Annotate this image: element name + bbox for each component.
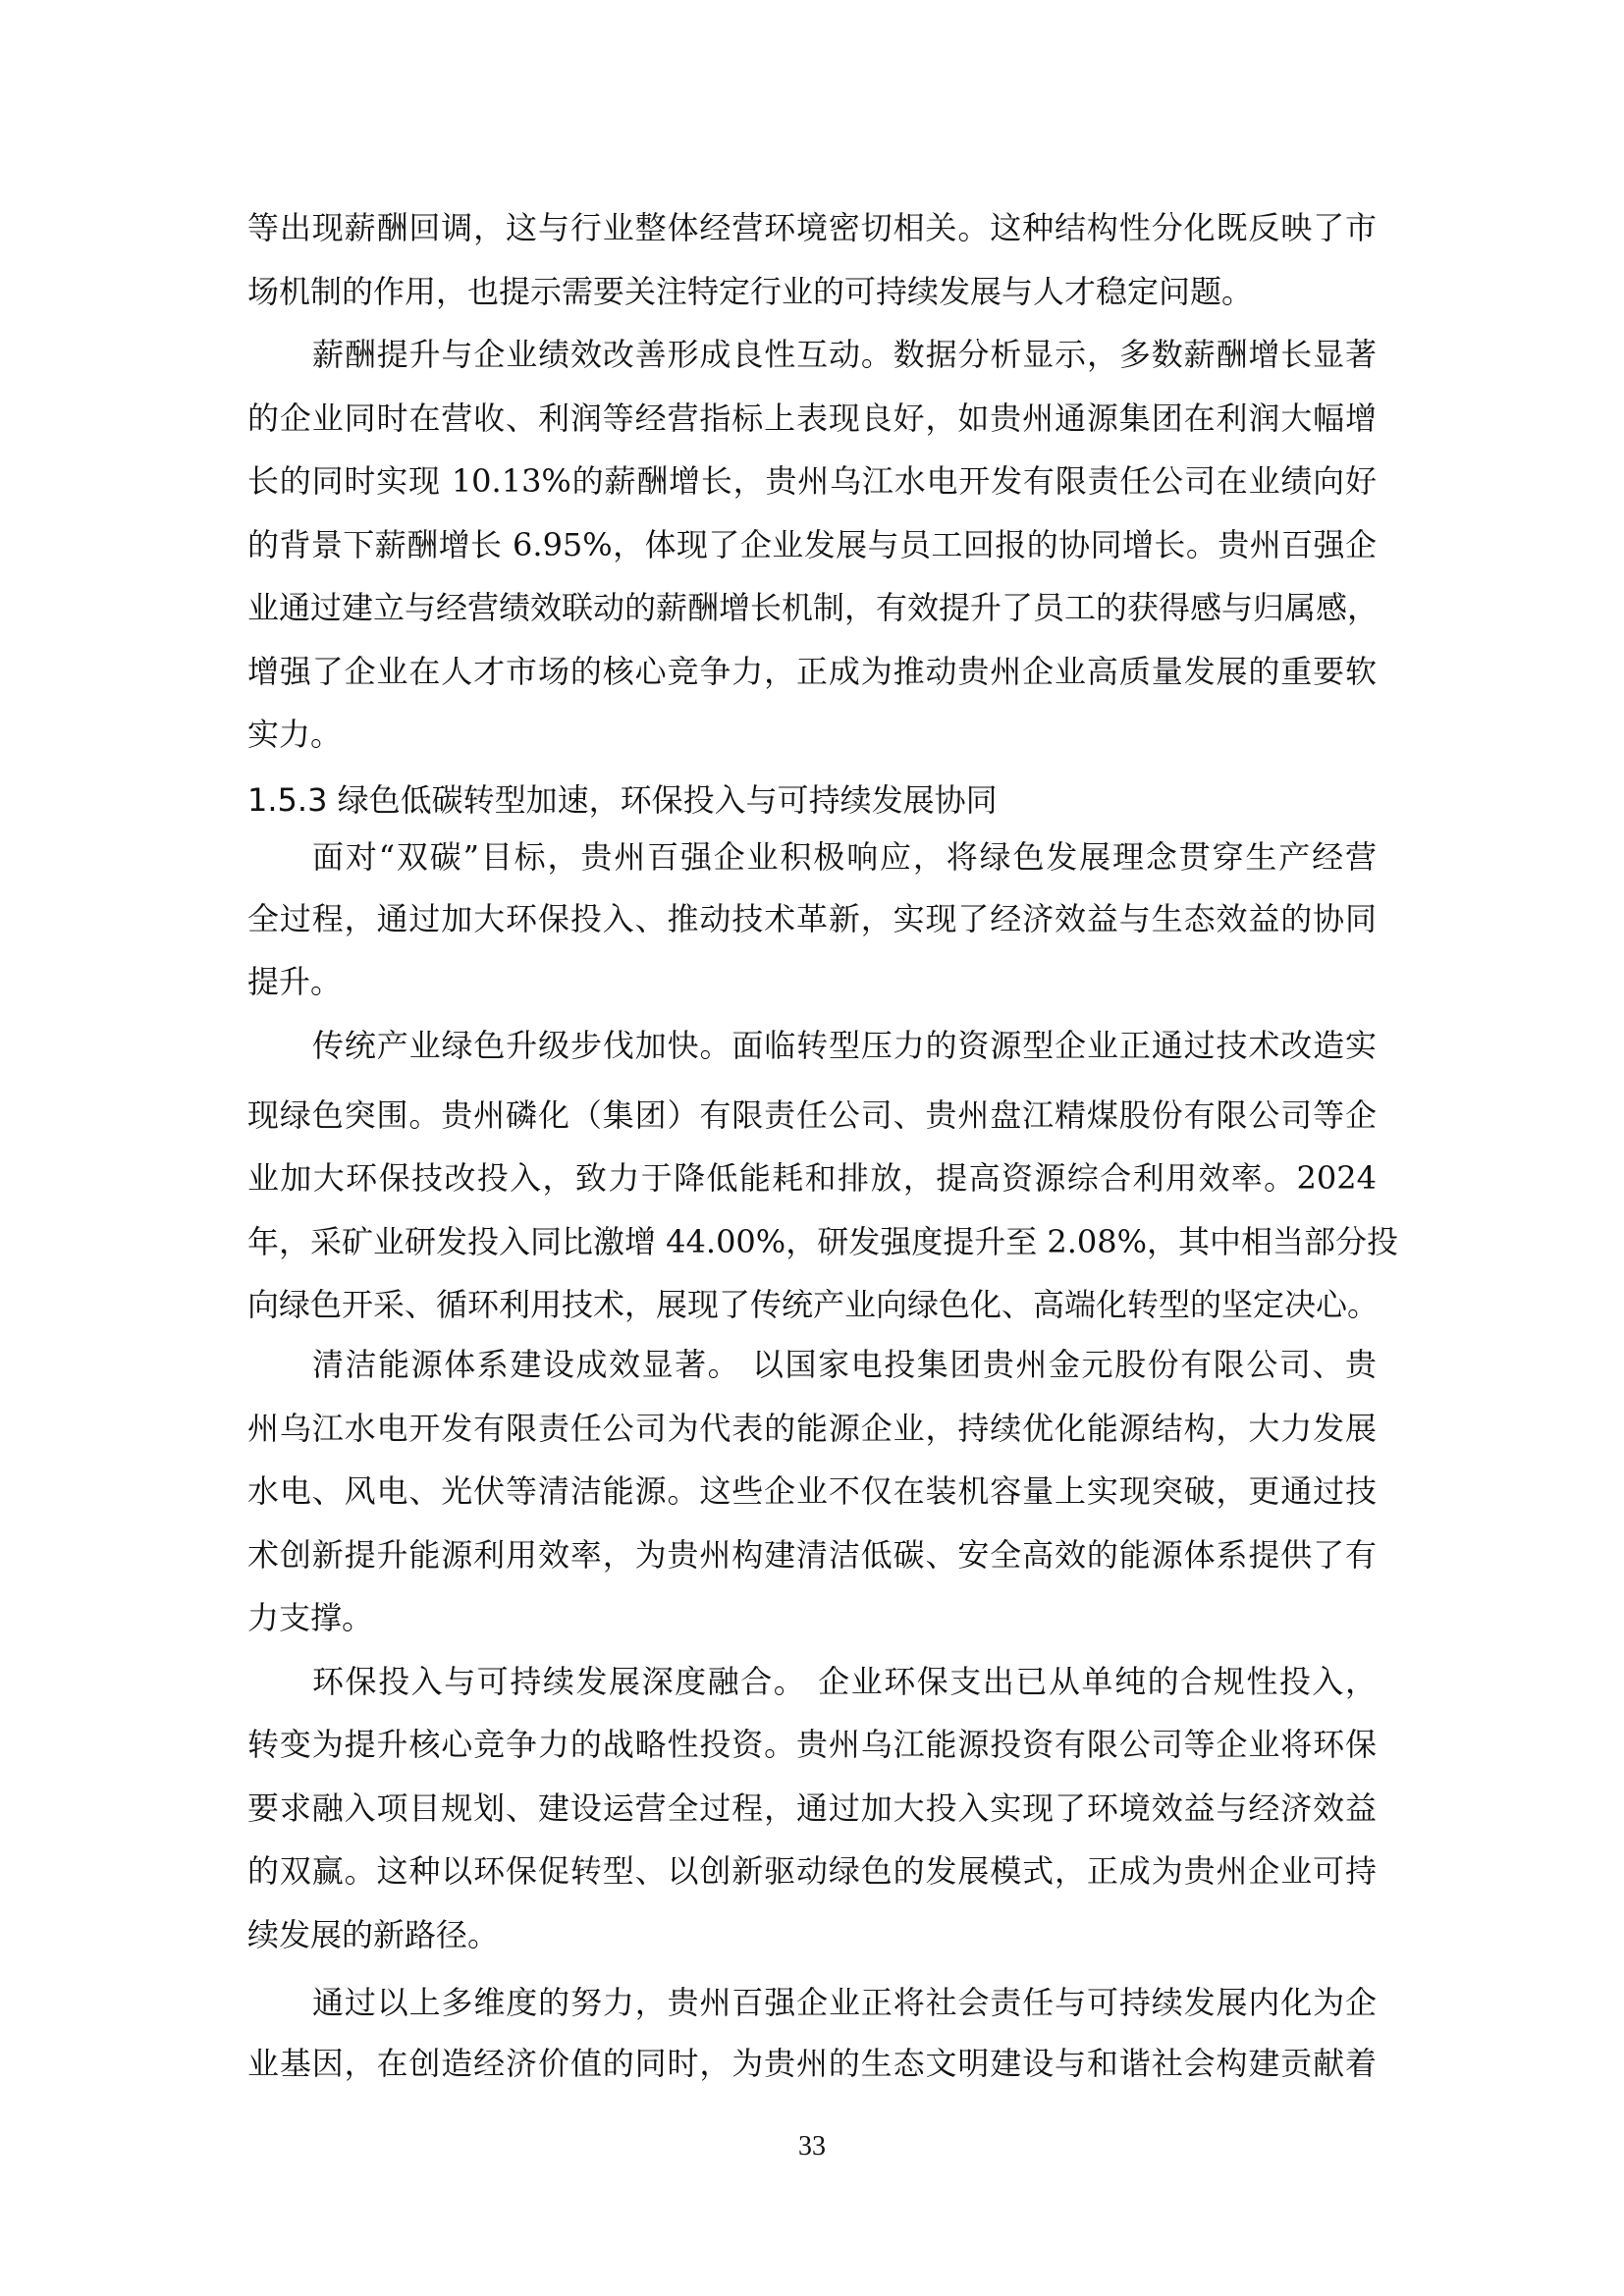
body-text-line: 水电、风电、光伏等清洁能源。这些企业不仅在装机容量上实现突破，更通过技 [247,1471,1377,1511]
paragraph-start-line: 清洁能源体系建设成效显著。 以国家电投集团贵州金元股份有限公司、贵 [312,1345,1377,1384]
body-text-line: 场机制的作用，也提示需要关注特定行业的可持续发展与人才稳定问题。 [247,272,1377,311]
paragraph-start-line: 薪酬提升与企业绩效改善形成良性互动。数据分析显示，多数薪酬增长显著 [312,335,1377,374]
body-text-line: 的企业同时在营收、利润等经营指标上表现良好，如贵州通源集团在利润大幅增 [247,399,1377,438]
paragraph-start-line: 面对“双碳”目标，贵州百强企业积极响应，将绿色发展理念贯穿生产经营 [312,837,1377,877]
body-text-line: 业基因，在创造经济价值的同时，为贵州的生态文明建设与和谐社会构建贡献着 [247,2044,1377,2083]
body-text-line: 转变为提升核心竞争力的战略性投资。贵州乌江能源投资有限公司等企业将环保 [247,1725,1377,1764]
paragraph-start-line: 通过以上多维度的努力，贵州百强企业正将社会责任与可持续发展内化为企 [312,1983,1377,2022]
body-text-line: 州乌江水电开发有限责任公司为代表的能源企业，持续优化能源结构，大力发展 [247,1409,1377,1448]
page-number: 33 [763,2130,861,2163]
body-text-line: 要求融入项目规划、建设运营全过程，通过加大投入实现了环境效益与经济效益 [247,1789,1377,1828]
document-page: 等出现薪酬回调，这与行业整体经营环境密切相关。这种结构性分化既反映了市 场机制的… [0,0,1624,2296]
paragraph-start-line: 传统产业绿色升级步伐加快。面临转型压力的资源型企业正通过技术改造实 [312,1026,1377,1065]
body-text-line: 年，采矿业研发投入同比激增 44.00%，研发强度提升至 2.08%，其中相当部… [247,1222,1377,1261]
body-text-line: 的双赢。这种以环保促转型、以创新驱动绿色的发展模式，正成为贵州企业可持 [247,1851,1377,1891]
body-text-line: 业通过建立与经营绩效联动的薪酬增长机制，有效提升了员工的获得感与归属感， [247,588,1377,627]
body-text-line: 全过程，通过加大环保投入、推动技术革新，实现了经济效益与生态效益的协同 [247,899,1377,938]
body-text-line: 等出现薪酬回调，这与行业整体经营环境密切相关。这种结构性分化既反映了市 [247,208,1377,247]
body-text-line: 现绿色突围。贵州磷化（集团）有限责任公司、贵州盘江精煤股份有限公司等企 [247,1095,1377,1135]
body-text-line: 向绿色开采、循环利用技术，展现了传统产业向绿色化、高端化转型的坚定决心。 [247,1285,1377,1324]
body-text-line: 术创新提升能源利用效率，为贵州构建清洁低碳、安全高效的能源体系提供了有 [247,1535,1377,1575]
body-text-line: 续发展的新路径。 [247,1915,1377,1954]
paragraph-start-line: 环保投入与可持续发展深度融合。 企业环保支出已从单纯的合规性投入， [312,1662,1377,1701]
body-text-line: 力支撑。 [247,1598,1377,1637]
section-heading: 1.5.3 绿色低碳转型加速，环保投入与可持续发展协同 [247,780,1377,820]
body-text-line: 实力。 [247,715,1377,754]
body-text-line: 长的同时实现 10.13%的薪酬增长，贵州乌江水电开发有限责任公司在业绩向好 [247,461,1377,501]
body-text-line: 增强了企业在人才市场的核心竞争力，正成为推动贵州企业高质量发展的重要软 [247,652,1377,691]
body-text-line: 业加大环保技改投入，致力于降低能耗和排放，提高资源综合利用效率。2024 [247,1158,1377,1198]
body-text-line: 提升。 [247,962,1377,1001]
body-text-line: 的背景下薪酬增长 6.95%，体现了企业发展与员工回报的协同增长。贵州百强企 [247,525,1377,564]
